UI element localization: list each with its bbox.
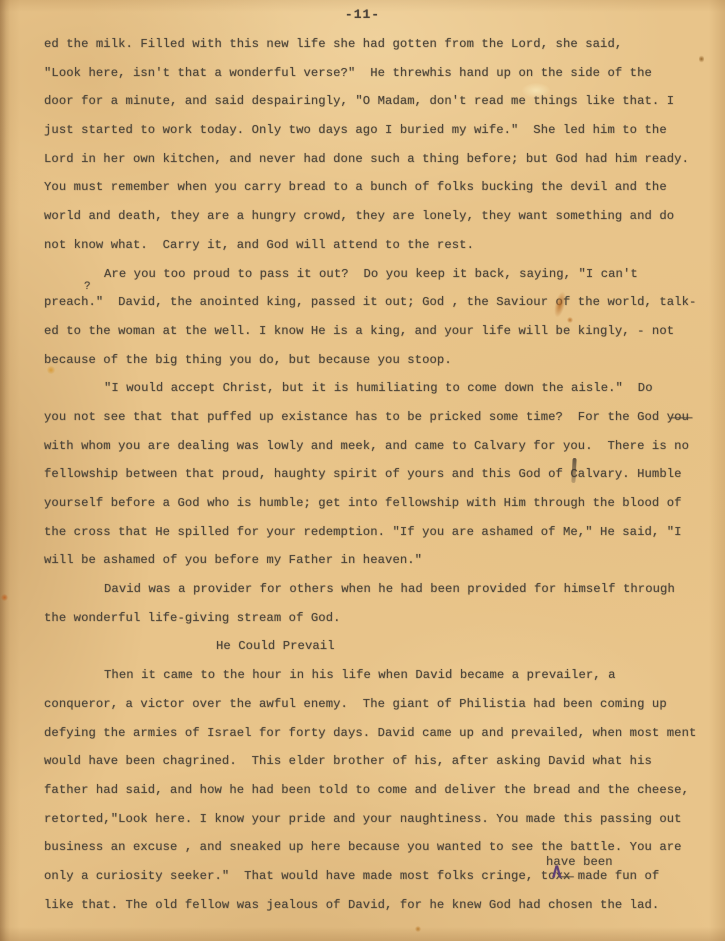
text-line: you not see that that puffed up existanc…	[44, 410, 708, 439]
text-line: like that. The old fellow was jealous of…	[44, 898, 708, 927]
text-line: yourself before a God who is humble; get…	[44, 496, 708, 525]
text-line: just started to work today. Only two day…	[44, 123, 708, 152]
text-line: ed the milk. Filled with this new life s…	[44, 37, 708, 66]
section-heading: He Could Prevail	[44, 639, 708, 668]
text-line: ed to the woman at the well. I know He i…	[44, 324, 708, 353]
text-line: the wonderful life-giving stream of God.	[44, 611, 708, 640]
text-line: door for a minute, and said despairingly…	[44, 94, 708, 123]
text-line: will be ashamed of you before my Father …	[44, 553, 708, 582]
text-line: You must remember when you carry bread t…	[44, 180, 708, 209]
text-line: the cross that He spilled for your redem…	[44, 525, 708, 554]
text-line: "I would accept Christ, but it is humili…	[44, 381, 708, 410]
paper-left-edge	[0, 0, 10, 941]
text-line: preach." David, the anointed king, passe…	[44, 295, 708, 324]
text-line: defying the armies of Israel for forty d…	[44, 726, 708, 755]
rust-stain	[415, 926, 421, 932]
typed-text-block: ed the milk. Filled with this new life s…	[44, 37, 708, 926]
text-line: Then it came to the hour in his life whe…	[44, 668, 708, 697]
text-line: Are you too proud to pass it out? Do you…	[44, 267, 708, 296]
text-line: father had said, and how he had been tol…	[44, 783, 708, 812]
text-line: only a curiosity seeker." That would hav…	[44, 869, 708, 898]
typed-superscript-question: ?	[84, 281, 91, 293]
text-line: "Look here, isn't that a wonderful verse…	[44, 66, 708, 95]
text-line: conqueror, a victor over the awful enemy…	[44, 697, 708, 726]
text-line: retorted,"Look here. I know your pride a…	[44, 812, 708, 841]
document-page: -11- ed the milk. Filled with this new l…	[0, 0, 725, 941]
page-number: -11-	[0, 7, 725, 22]
text-line: Lord in her own kitchen, and never had d…	[44, 152, 708, 181]
text-line: because of the big thing you do, but bec…	[44, 353, 708, 382]
text-line: not know what. Carry it, and God will at…	[44, 238, 708, 267]
text-line: would have been chagrined. This elder br…	[44, 754, 708, 783]
text-line: fellowship between that proud, haughty s…	[44, 467, 708, 496]
text-line: David was a provider for others when he …	[44, 582, 708, 611]
handwritten-caret-mark: Λ	[552, 863, 562, 884]
text-line: world and death, they are a hungry crowd…	[44, 209, 708, 238]
text-line: with whom you are dealing was lowly and …	[44, 439, 708, 468]
